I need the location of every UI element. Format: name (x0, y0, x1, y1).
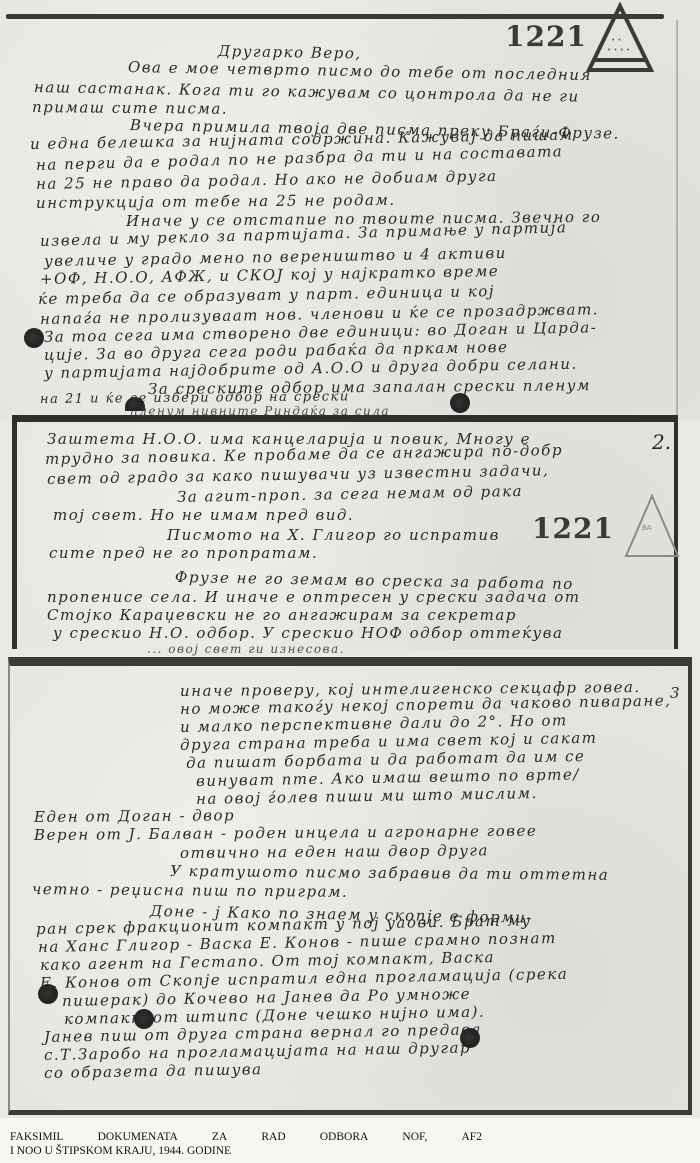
caption-word: DOKUMENATA (98, 1130, 178, 1144)
handwritten-line: отвично на еден наш двор друга (180, 841, 489, 862)
svg-text:• •: • • (611, 36, 621, 44)
archive-stamp: 1221 ВА (532, 492, 682, 572)
handwritten-line: у срескио Н.О. одбор. У срескио НОФ одбо… (53, 624, 563, 642)
handwritten-line: тој свет. Но не имам пред вид. (53, 506, 354, 524)
document-page-3: 3 иначе проверу, кој интелигенско секцаф… (8, 657, 692, 1115)
caption-line-2: I NOO U ŠTIPSKOM KRAJU, 1944. GODINE (10, 1144, 530, 1158)
page-fold-line (676, 20, 678, 420)
handwritten-line: сите пред не го пропратам. (49, 544, 318, 562)
handwritten-line: со образета да пишува (44, 1060, 263, 1082)
caption-word: NOF, (402, 1130, 427, 1144)
caption-line-1: FAKSIMIL DOKUMENATA ZA RAD ODBORA NOF, A… (10, 1130, 482, 1144)
handwritten-line: пропенисе села. И иначе е оптресен у сре… (47, 588, 581, 606)
punch-hole (24, 328, 44, 348)
handwritten-line: примаш сите писма. (32, 98, 228, 118)
triangle-stamp-icon: ВА (622, 492, 682, 562)
handwritten-line: У кратушото писмо забравив да ти оттетна (170, 862, 609, 884)
document-page-1: 1221 • • • • • • Другарко Веро, Ова е мо… (0, 0, 700, 420)
punch-hole (134, 1009, 154, 1029)
figure-caption: FAKSIMIL DOKUMENATA ZA RAD ODBORA NOF, A… (10, 1130, 530, 1158)
caption-word: ODBORA (320, 1130, 369, 1144)
handwritten-line: Писмото на Х. Глигор го испратив (167, 526, 500, 544)
facsimile-scan: 1221 • • • • • • Другарко Веро, Ова е мо… (0, 0, 700, 1118)
caption-word: ZA (212, 1130, 227, 1144)
handwritten-line: ... овој свет ги изнесова. (147, 642, 345, 656)
caption-word: AF2 (462, 1130, 482, 1144)
handwritten-line: Стојко Караџевски не го ангажирам за сек… (47, 606, 517, 624)
svg-text:ВА: ВА (642, 524, 652, 532)
punch-hole (38, 984, 58, 1004)
punch-hole (125, 397, 145, 411)
triangle-stamp-icon: • • • • • • (585, 2, 655, 74)
stamp-number: 1221 (505, 20, 587, 53)
caption-word: RAD (261, 1130, 285, 1144)
handwritten-line: четно - реџисна пиш по приграм. (32, 880, 348, 901)
handwritten-line: Еден от Доган - двор (34, 806, 235, 826)
page-number: 2. (652, 430, 671, 454)
punch-hole (450, 393, 470, 413)
document-page-2: 2. 1221 ВА Заштета Н.О.О. има канцелариј… (12, 415, 678, 649)
stamp-number: 1221 (532, 512, 614, 545)
caption-word: FAKSIMIL (10, 1130, 63, 1144)
handwritten-line: инструкција от тебе на 25 не родам. (36, 191, 396, 212)
svg-text:• • • •: • • • • (607, 46, 630, 54)
punch-hole (460, 1028, 480, 1048)
handwritten-line: За агит-проп. за сега немам од рака (177, 482, 523, 506)
